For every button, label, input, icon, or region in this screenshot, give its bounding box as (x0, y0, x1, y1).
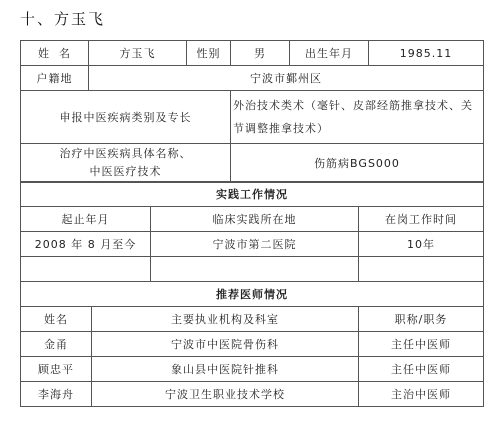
practice-duration: 10年 (359, 232, 484, 257)
recommenders-header-row: 姓名 主要执业机构及科室 职称/职务 (21, 307, 484, 332)
practice-header-location: 临床实践所在地 (151, 207, 359, 232)
recommender-title: 主治中医师 (359, 382, 484, 407)
recommender-header-institution: 主要执业机构及科室 (92, 307, 359, 332)
disease-value: 伤筋病BGS000 (231, 144, 484, 183)
practice-location: 宁波市第二医院 (151, 232, 359, 257)
practice-title: 实践工作情况 (21, 182, 484, 207)
recommender-header-name: 姓名 (21, 307, 92, 332)
hukou-value: 宁波市鄞州区 (89, 66, 484, 91)
hukou-row: 户籍地 宁波市鄞州区 (21, 66, 484, 91)
birth-value: 1985.11 (369, 41, 484, 66)
practice-location (151, 257, 359, 282)
recommender-title: 主任中医师 (359, 332, 484, 357)
name-label: 姓 名 (21, 41, 89, 66)
recommender-institution: 象山县中医院针推科 (92, 357, 359, 382)
practice-header-row: 起止年月 临床实践所在地 在岗工作时间 (21, 207, 484, 232)
table-row: 顾忠平 象山县中医院针推科 主任中医师 (21, 357, 484, 382)
disease-label: 治疗中医疾病具体名称、 中医医疗技术 (21, 144, 231, 183)
practice-duration (359, 257, 484, 282)
category-value-line2: 节调整推拿技术） (233, 117, 483, 140)
recommender-title: 主任中医师 (359, 357, 484, 382)
gender-value: 男 (231, 41, 290, 66)
practice-period: 2008 年 8 月至今 (21, 232, 151, 257)
disease-row: 治疗中医疾病具体名称、 中医医疗技术 伤筋病BGS000 (21, 144, 484, 183)
disease-label-line2: 中医医疗技术 (21, 163, 230, 181)
recommender-header-title: 职称/职务 (359, 307, 484, 332)
recommenders-table: 推荐医师情况 姓名 主要执业机构及科室 职称/职务 金甬 宁波市中医院骨伤科 主… (20, 281, 484, 407)
practice-table: 实践工作情况 起止年月 临床实践所在地 在岗工作时间 2008 年 8 月至今 … (20, 181, 484, 282)
category-row: 申报中医疾病类别及专长 外治技术类术（毫针、皮部经筋推拿技术、关 节调整推拿技术… (21, 91, 484, 144)
category-label: 申报中医疾病类别及专长 (21, 91, 231, 144)
recommender-name: 李海舟 (21, 382, 92, 407)
name-value: 方玉飞 (89, 41, 187, 66)
profile-table: 姓 名 方玉飞 性别 男 出生年月 1985.11 户籍地 宁波市鄞州区 申报中… (20, 40, 484, 183)
category-value: 外治技术类术（毫针、皮部经筋推拿技术、关 节调整推拿技术） (231, 91, 484, 144)
practice-header-duration: 在岗工作时间 (359, 207, 484, 232)
basic-info-row: 姓 名 方玉飞 性别 男 出生年月 1985.11 (21, 41, 484, 66)
gender-label: 性别 (187, 41, 231, 66)
hukou-label: 户籍地 (21, 66, 89, 91)
section-heading: 十、方玉飞 (20, 8, 105, 29)
recommenders-title: 推荐医师情况 (21, 282, 484, 307)
recommender-name: 金甬 (21, 332, 92, 357)
table-row: 金甬 宁波市中医院骨伤科 主任中医师 (21, 332, 484, 357)
category-value-line1: 外治技术类术（毫针、皮部经筋推拿技术、关 (233, 94, 483, 117)
table-row (21, 257, 484, 282)
recommender-name: 顾忠平 (21, 357, 92, 382)
practice-period (21, 257, 151, 282)
table-row: 2008 年 8 月至今 宁波市第二医院 10年 (21, 232, 484, 257)
table-row: 李海舟 宁波卫生职业技术学校 主治中医师 (21, 382, 484, 407)
practice-header-period: 起止年月 (21, 207, 151, 232)
recommender-institution: 宁波市中医院骨伤科 (92, 332, 359, 357)
disease-label-line1: 治疗中医疾病具体名称、 (21, 145, 230, 163)
birth-label: 出生年月 (290, 41, 369, 66)
recommender-institution: 宁波卫生职业技术学校 (92, 382, 359, 407)
